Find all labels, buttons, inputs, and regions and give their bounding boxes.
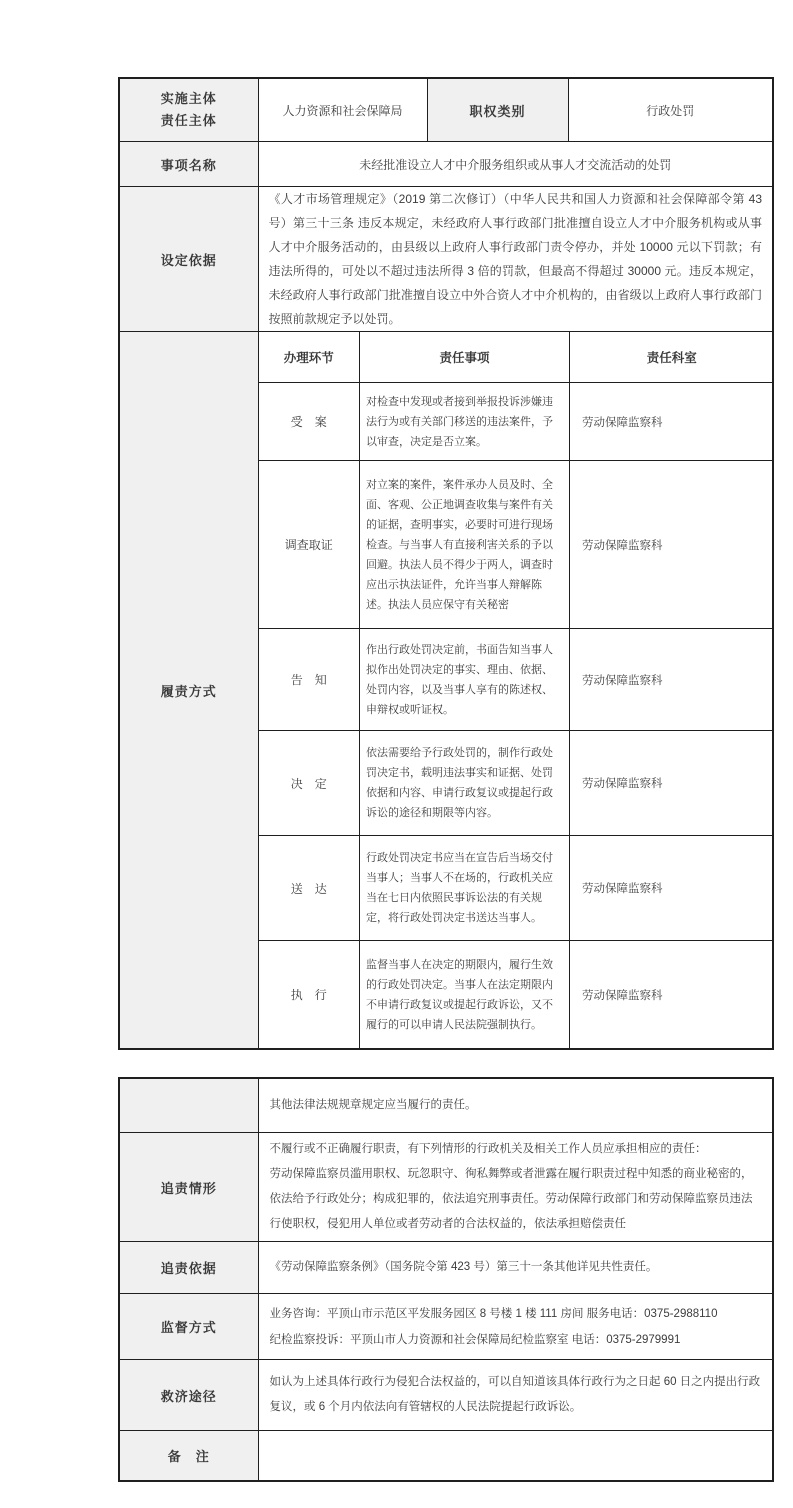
supervision-label: 监督方式 xyxy=(119,1294,258,1360)
duty-row-notify: 告 知 作出行政处罚决定前，书面告知当事人拟作出处罚决定的事实、理由、依据、处罚… xyxy=(259,629,774,731)
row-item-name: 事项名称 未经批准设立人才中介服务组织或从事人才交流活动的处罚 xyxy=(119,142,773,187)
duty-row-investigate: 调查取证 对立案的案件，案件承办人员及时、全面、客观、公正地调查收集与案件有关的… xyxy=(259,461,774,629)
accountability-basis-label: 追责依据 xyxy=(119,1242,258,1294)
basis-text: 《人才市场管理规定》（2019 第二次修订）（中华人民共和国人力资源和社会保障部… xyxy=(258,187,773,332)
accountability-line2: 劳动保障监察员滥用职权、玩忽职守、徇私舞弊或者泄露在履行职责过程中知悉的商业秘密… xyxy=(270,1162,762,1237)
duty-text: 作出行政处罚决定前，书面告知当事人拟作出处罚决定的事实、理由、依据、处罚内容，以… xyxy=(360,629,570,731)
duty-row-accept: 受 案 对检查中发现或者接到举报投诉涉嫌违法行为或有关部门移送的违法案件，予以审… xyxy=(259,383,774,461)
duty-row-decide: 决 定 依法需要给予行政处罚的，制作行政处罚决定书，载明违法事实和证据、处罚依据… xyxy=(259,731,774,836)
accountability-line1: 不履行或不正确履行职责，有下列情形的行政机关及相关工作人员应承担相应的责任： xyxy=(270,1137,762,1162)
duty-dept: 劳动保障监察科 xyxy=(570,383,774,461)
duty-step: 决 定 xyxy=(259,731,360,836)
duty-step: 送 达 xyxy=(259,836,360,941)
accountability-basis-text: 《劳动保障监察条例》（国务院令第 423 号）第三十一条其他详见共性责任。 xyxy=(258,1242,773,1294)
remark-label: 备 注 xyxy=(119,1431,258,1482)
duty-dept: 劳动保障监察科 xyxy=(570,461,774,629)
supervision-text: 业务咨询：平顶山市示范区平发服务园区 8 号楼 1 楼 111 房间 服务电话：… xyxy=(258,1294,773,1360)
duty-text: 对检查中发现或者接到举报投诉涉嫌违法行为或有关部门移送的违法案件，予以审查，决定… xyxy=(360,383,570,461)
power-category-value: 行政处罚 xyxy=(568,78,773,142)
row-accountability: 追责情形 不履行或不正确履行职责，有下列情形的行政机关及相关工作人员应承担相应的… xyxy=(119,1133,773,1242)
accountability-text: 不履行或不正确履行职责，有下列情形的行政机关及相关工作人员应承担相应的责任： 劳… xyxy=(258,1133,773,1242)
implement-subject-line1: 实施主体 xyxy=(121,88,257,110)
other-duty-text: 其他法律法规规章规定应当履行的责任。 xyxy=(258,1078,773,1133)
remark-value xyxy=(258,1431,773,1482)
duty-dept: 劳动保障监察科 xyxy=(570,731,774,836)
duty-text: 依法需要给予行政处罚的，制作行政处罚决定书，载明违法事实和证据、处罚依据和内容、… xyxy=(360,731,570,836)
row-remark: 备 注 xyxy=(119,1431,773,1482)
basis-label: 设定依据 xyxy=(119,187,258,332)
duty-dept: 劳动保障监察科 xyxy=(570,941,774,1049)
remedy-text: 如认为上述具体行政行为侵犯合法权益的，可以自知道该具体行政行为之日起 60 日之… xyxy=(258,1360,773,1431)
accountability-label: 追责情形 xyxy=(119,1133,258,1242)
duty-row-deliver: 送 达 行政处罚决定书应当在宣告后当场交付当事人；当事人不在场的，行政机关应当在… xyxy=(259,836,774,941)
duty-text: 监督当事人在决定的期限内，履行生效的行政处罚决定。当事人在法定期限内不申请行政复… xyxy=(360,941,570,1049)
duty-step: 告 知 xyxy=(259,629,360,731)
responsible-subject-line2: 责任主体 xyxy=(121,110,257,132)
duty-text: 行政处罚决定书应当在宣告后当场交付当事人；当事人不在场的，行政机关应当在七日内依… xyxy=(360,836,570,941)
duty-header-item: 责任事项 xyxy=(360,332,570,383)
duty-method-label: 履责方式 xyxy=(119,332,258,1050)
row-other-duty: 其他法律法规规章规定应当履行的责任。 xyxy=(119,1078,773,1133)
row-accountability-basis: 追责依据 《劳动保障监察条例》（国务院令第 423 号）第三十一条其他详见共性责… xyxy=(119,1242,773,1294)
subject-agency-value: 人力资源和社会保障局 xyxy=(258,78,427,142)
duty-dept: 劳动保障监察科 xyxy=(570,836,774,941)
row-supervision: 监督方式 业务咨询：平顶山市示范区平发服务园区 8 号楼 1 楼 111 房间 … xyxy=(119,1294,773,1360)
page: { "colors": { "label_bg": "#f0f0f0", "bo… xyxy=(0,77,793,1508)
duty-text: 对立案的案件，案件承办人员及时、全面、客观、公正地调查收集与案件有关的证据，查明… xyxy=(360,461,570,629)
row-basis: 设定依据 《人才市场管理规定》（2019 第二次修订）（中华人民共和国人力资源和… xyxy=(119,187,773,332)
row-remedy: 救济途径 如认为上述具体行政行为侵犯合法权益的，可以自知道该具体行政行为之日起 … xyxy=(119,1360,773,1431)
row-subject: 实施主体 责任主体 人力资源和社会保障局 职权类别 行政处罚 xyxy=(119,78,773,142)
item-name-value: 未经批准设立人才中介服务组织或从事人才交流活动的处罚 xyxy=(258,142,773,187)
duty-step: 调查取证 xyxy=(259,461,360,629)
duty-dept: 劳动保障监察科 xyxy=(570,629,774,731)
duty-step: 受 案 xyxy=(259,383,360,461)
item-name-label: 事项名称 xyxy=(119,142,258,187)
duty-header-step: 办理环节 xyxy=(259,332,360,383)
duty-step: 执 行 xyxy=(259,941,360,1049)
remedy-label: 救济途径 xyxy=(119,1360,258,1431)
main-info-table: 实施主体 责任主体 人力资源和社会保障局 职权类别 行政处罚 事项名称 未经批准… xyxy=(118,77,774,1050)
power-category-label: 职权类别 xyxy=(427,78,568,142)
supervision-complaint-line: 纪检监察投诉：平顶山市人力资源和社会保障局纪检监察室 电话：0375-29799… xyxy=(270,1327,762,1353)
duty-header-dept: 责任科室 xyxy=(570,332,774,383)
empty-label xyxy=(119,1078,258,1133)
duty-header-row: 办理环节 责任事项 责任科室 xyxy=(259,332,774,383)
implement-subject-label: 实施主体 责任主体 xyxy=(119,78,258,142)
row-duty-method: 履责方式 办理环节 责任事项 责任科室 受 案 对检查中发现或者接到举报投诉涉嫌… xyxy=(119,332,773,1050)
duty-row-execute: 执 行 监督当事人在决定的期限内，履行生效的行政处罚决定。当事人在法定期限内不申… xyxy=(259,941,774,1049)
supervision-consult-line: 业务咨询：平顶山市示范区平发服务园区 8 号楼 1 楼 111 房间 服务电话：… xyxy=(270,1301,762,1327)
accountability-table: 其他法律法规规章规定应当履行的责任。 追责情形 不履行或不正确履行职责，有下列情… xyxy=(118,1077,774,1482)
duty-table: 办理环节 责任事项 责任科室 受 案 对检查中发现或者接到举报投诉涉嫌违法行为或… xyxy=(259,332,774,1048)
